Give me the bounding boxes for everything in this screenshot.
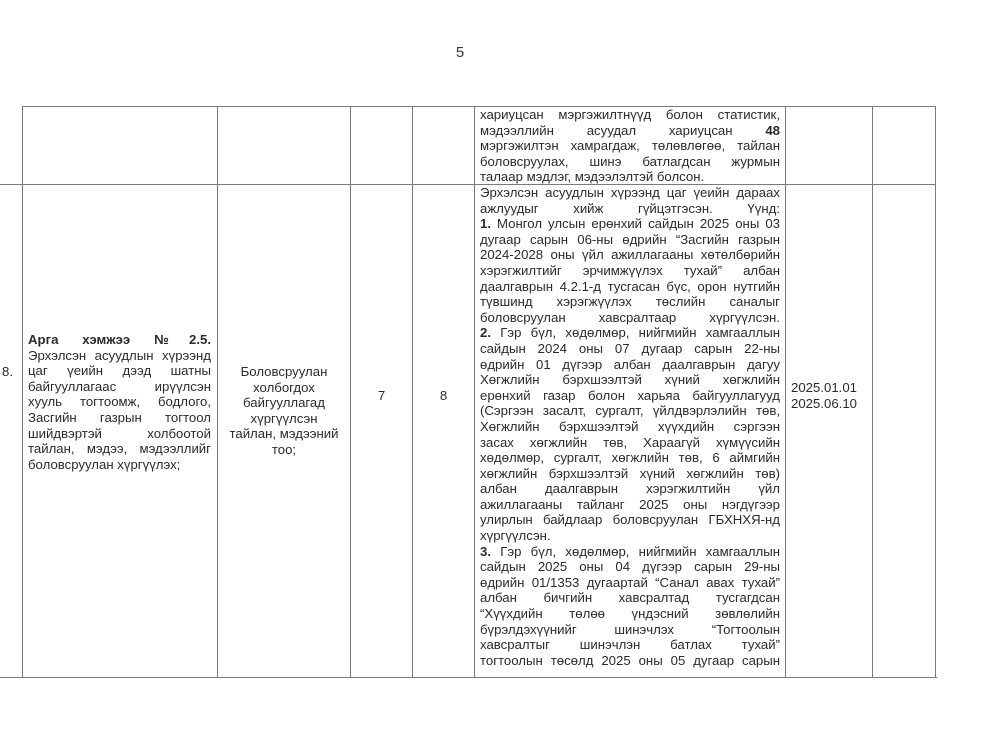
text-line: талаар мэдлэг, мэдээлэлтэй болсон. bbox=[480, 169, 780, 185]
text-line: хүргүүлсэн. bbox=[480, 528, 780, 544]
text-line: хүргүүлсэн bbox=[221, 411, 347, 427]
text-line: тоо; bbox=[221, 442, 347, 458]
col-border bbox=[935, 106, 936, 677]
text-line: Хөгжлийн бэрхшээлтэй хүүхдийн сэргээн bbox=[480, 419, 780, 435]
text-line: шийдвэртэй холбоотой bbox=[28, 426, 211, 442]
text-line: 1. Монгол улсын ерөнхий сайдын 2025 оны … bbox=[480, 216, 780, 232]
text-line: хөгжлийн бэрхшээлтэй хүний хөгжлийн төв) bbox=[480, 466, 780, 482]
row-8-result-cell: Эрхэлсэн асуудлын хүрээнд цаг үеийн дара… bbox=[480, 185, 780, 668]
text-line: ажиллагааны тайланг 2025 оны нэгдүгээр bbox=[480, 497, 780, 513]
text-line: (Сэргээн засалт, сургалт, үйлдвэрлэлийн … bbox=[480, 403, 780, 419]
text-line: Эрхэлсэн асуудлын хүрээнд цаг үеийн дара… bbox=[480, 185, 780, 201]
page-number: 5 bbox=[0, 44, 920, 61]
text-line: “Хүүхдийн төлөө үндэсний зөвлөлийн bbox=[480, 606, 780, 622]
text-line: түвшинд хэрэгжүүлэх төслийн саналыг bbox=[480, 294, 780, 310]
text-line: засах хөгжлийн төв, Хараагүй хүмүүсийн bbox=[480, 435, 780, 451]
text-line: өдрийн 01 дүгээр албан даалгаврын дагуу bbox=[480, 357, 780, 373]
text-line: ажлуудыг хийж гүйцэтгэсэн. Үүнд: bbox=[480, 201, 780, 217]
text-line: сайдын 2025 оны 04 дүгээр сарын 29-ны bbox=[480, 559, 780, 575]
text-line: тайлан, мэдээний bbox=[221, 426, 347, 442]
text-line: Засгийн газрын тогтоол bbox=[28, 410, 211, 426]
row-index: 8. bbox=[2, 364, 13, 380]
text-line: дугаар сарын 06-ны өдрийн “Засгийн газры… bbox=[480, 232, 780, 248]
table-top-border bbox=[22, 106, 936, 107]
baseline-value: 7 bbox=[351, 388, 412, 404]
text-line: 2. Гэр бүл, хөдөлмөр, нийгмийн хамгааллы… bbox=[480, 325, 780, 341]
text-line: ерөнхий газар болон харьяа байгууллагууд bbox=[480, 388, 780, 404]
col-border bbox=[872, 106, 873, 677]
text-line: холбогдох bbox=[221, 380, 347, 396]
text-line: боловсруулан хавсралтаар хүргүүлсэн. bbox=[480, 310, 780, 326]
text-line: боловсруулах, шинэ батлагдсан журмын bbox=[480, 154, 780, 170]
text-line: мэргэжилтэн хамрагдаж, төлөвлөгөө, тайла… bbox=[480, 138, 780, 154]
text-line: Боловсруулан bbox=[221, 364, 347, 380]
text-line: тогтоолын төсөлд 2025 оны 05 дугаар сары… bbox=[480, 653, 780, 669]
measure-title: Арга хэмжээ №2.5. bbox=[28, 332, 211, 348]
text-line: цаг үеийн дээд шатны bbox=[28, 363, 211, 379]
dates-cell: 2025.01.012025.06.10 bbox=[791, 380, 871, 411]
col-border bbox=[474, 106, 475, 677]
text-line: байгууллагад bbox=[221, 395, 347, 411]
text-line: албан бичгийн хавсралтад тусгагдсан bbox=[480, 590, 780, 606]
measure-cell: Арга хэмжээ №2.5.Эрхэлсэн асуудлын хүрээ… bbox=[28, 332, 211, 472]
indicator-cell: Боловсрууланхолбогдохбайгууллагадхүргүүл… bbox=[221, 364, 347, 458]
row-divider bbox=[0, 184, 936, 185]
col-border bbox=[785, 106, 786, 677]
text-line: бүрэлдэхүүнийг шинэчлэх “Тогтоолын bbox=[480, 622, 780, 638]
target-value: 8 bbox=[413, 388, 474, 404]
text-line: 3. Гэр бүл, хөдөлмөр, нийгмийн хамгааллы… bbox=[480, 544, 780, 560]
text-line: боловсруулан хүргүүлэх; bbox=[28, 457, 211, 473]
text-line: өдрийн 01/1353 дугаартай “Санал авах тух… bbox=[480, 575, 780, 591]
text-line: мэдээллийн асуудал хариуцсан 48 bbox=[480, 123, 780, 139]
text-line: сайдын 2024 оны 07 дугаар сарын 22-ны bbox=[480, 341, 780, 357]
text-line: тайлан, мэдээ, мэдээллийг bbox=[28, 441, 211, 457]
date-value: 2025.06.10 bbox=[791, 396, 871, 412]
text-line: 2024-2028 оны үйл ажиллагааны хөтөлбөрий… bbox=[480, 247, 780, 263]
text-line: Хөгжлийн бэрхшээлтэй хүний хөгжлийн bbox=[480, 372, 780, 388]
col-border bbox=[22, 106, 23, 677]
text-line: хавсралтыг шинэчлэн батлах тухай” bbox=[480, 637, 780, 653]
text-line: хариуцсан мэргэжилтнүүд болон статистик, bbox=[480, 107, 780, 123]
continued-row-result-cell: хариуцсан мэргэжилтнүүд болон статистик,… bbox=[480, 107, 780, 185]
col-border bbox=[217, 106, 218, 677]
text-line: хууль тогтоомж, бодлого, bbox=[28, 394, 211, 410]
table-bottom-border bbox=[0, 677, 937, 678]
text-line: хөдөлмөр, сургалт, хөгжлийн төв, 6 аймги… bbox=[480, 450, 780, 466]
text-line: даалгаврын 4.2.1-д тусгасан бүс, орон ну… bbox=[480, 279, 780, 295]
date-value: 2025.01.01 bbox=[791, 380, 871, 396]
text-line: байгууллагаас ирүүлсэн bbox=[28, 379, 211, 395]
text-line: Эрхэлсэн асуудлын хүрээнд bbox=[28, 348, 211, 364]
text-line: албан даалгаврын хэрэгжилтийн үйл bbox=[480, 481, 780, 497]
text-line: хэрэгжилтийг эрчимжүүлэх тухай” албан bbox=[480, 263, 780, 279]
text-line: улирлын байдлаар боловсруулан ГБХНХЯ-нд bbox=[480, 512, 780, 528]
